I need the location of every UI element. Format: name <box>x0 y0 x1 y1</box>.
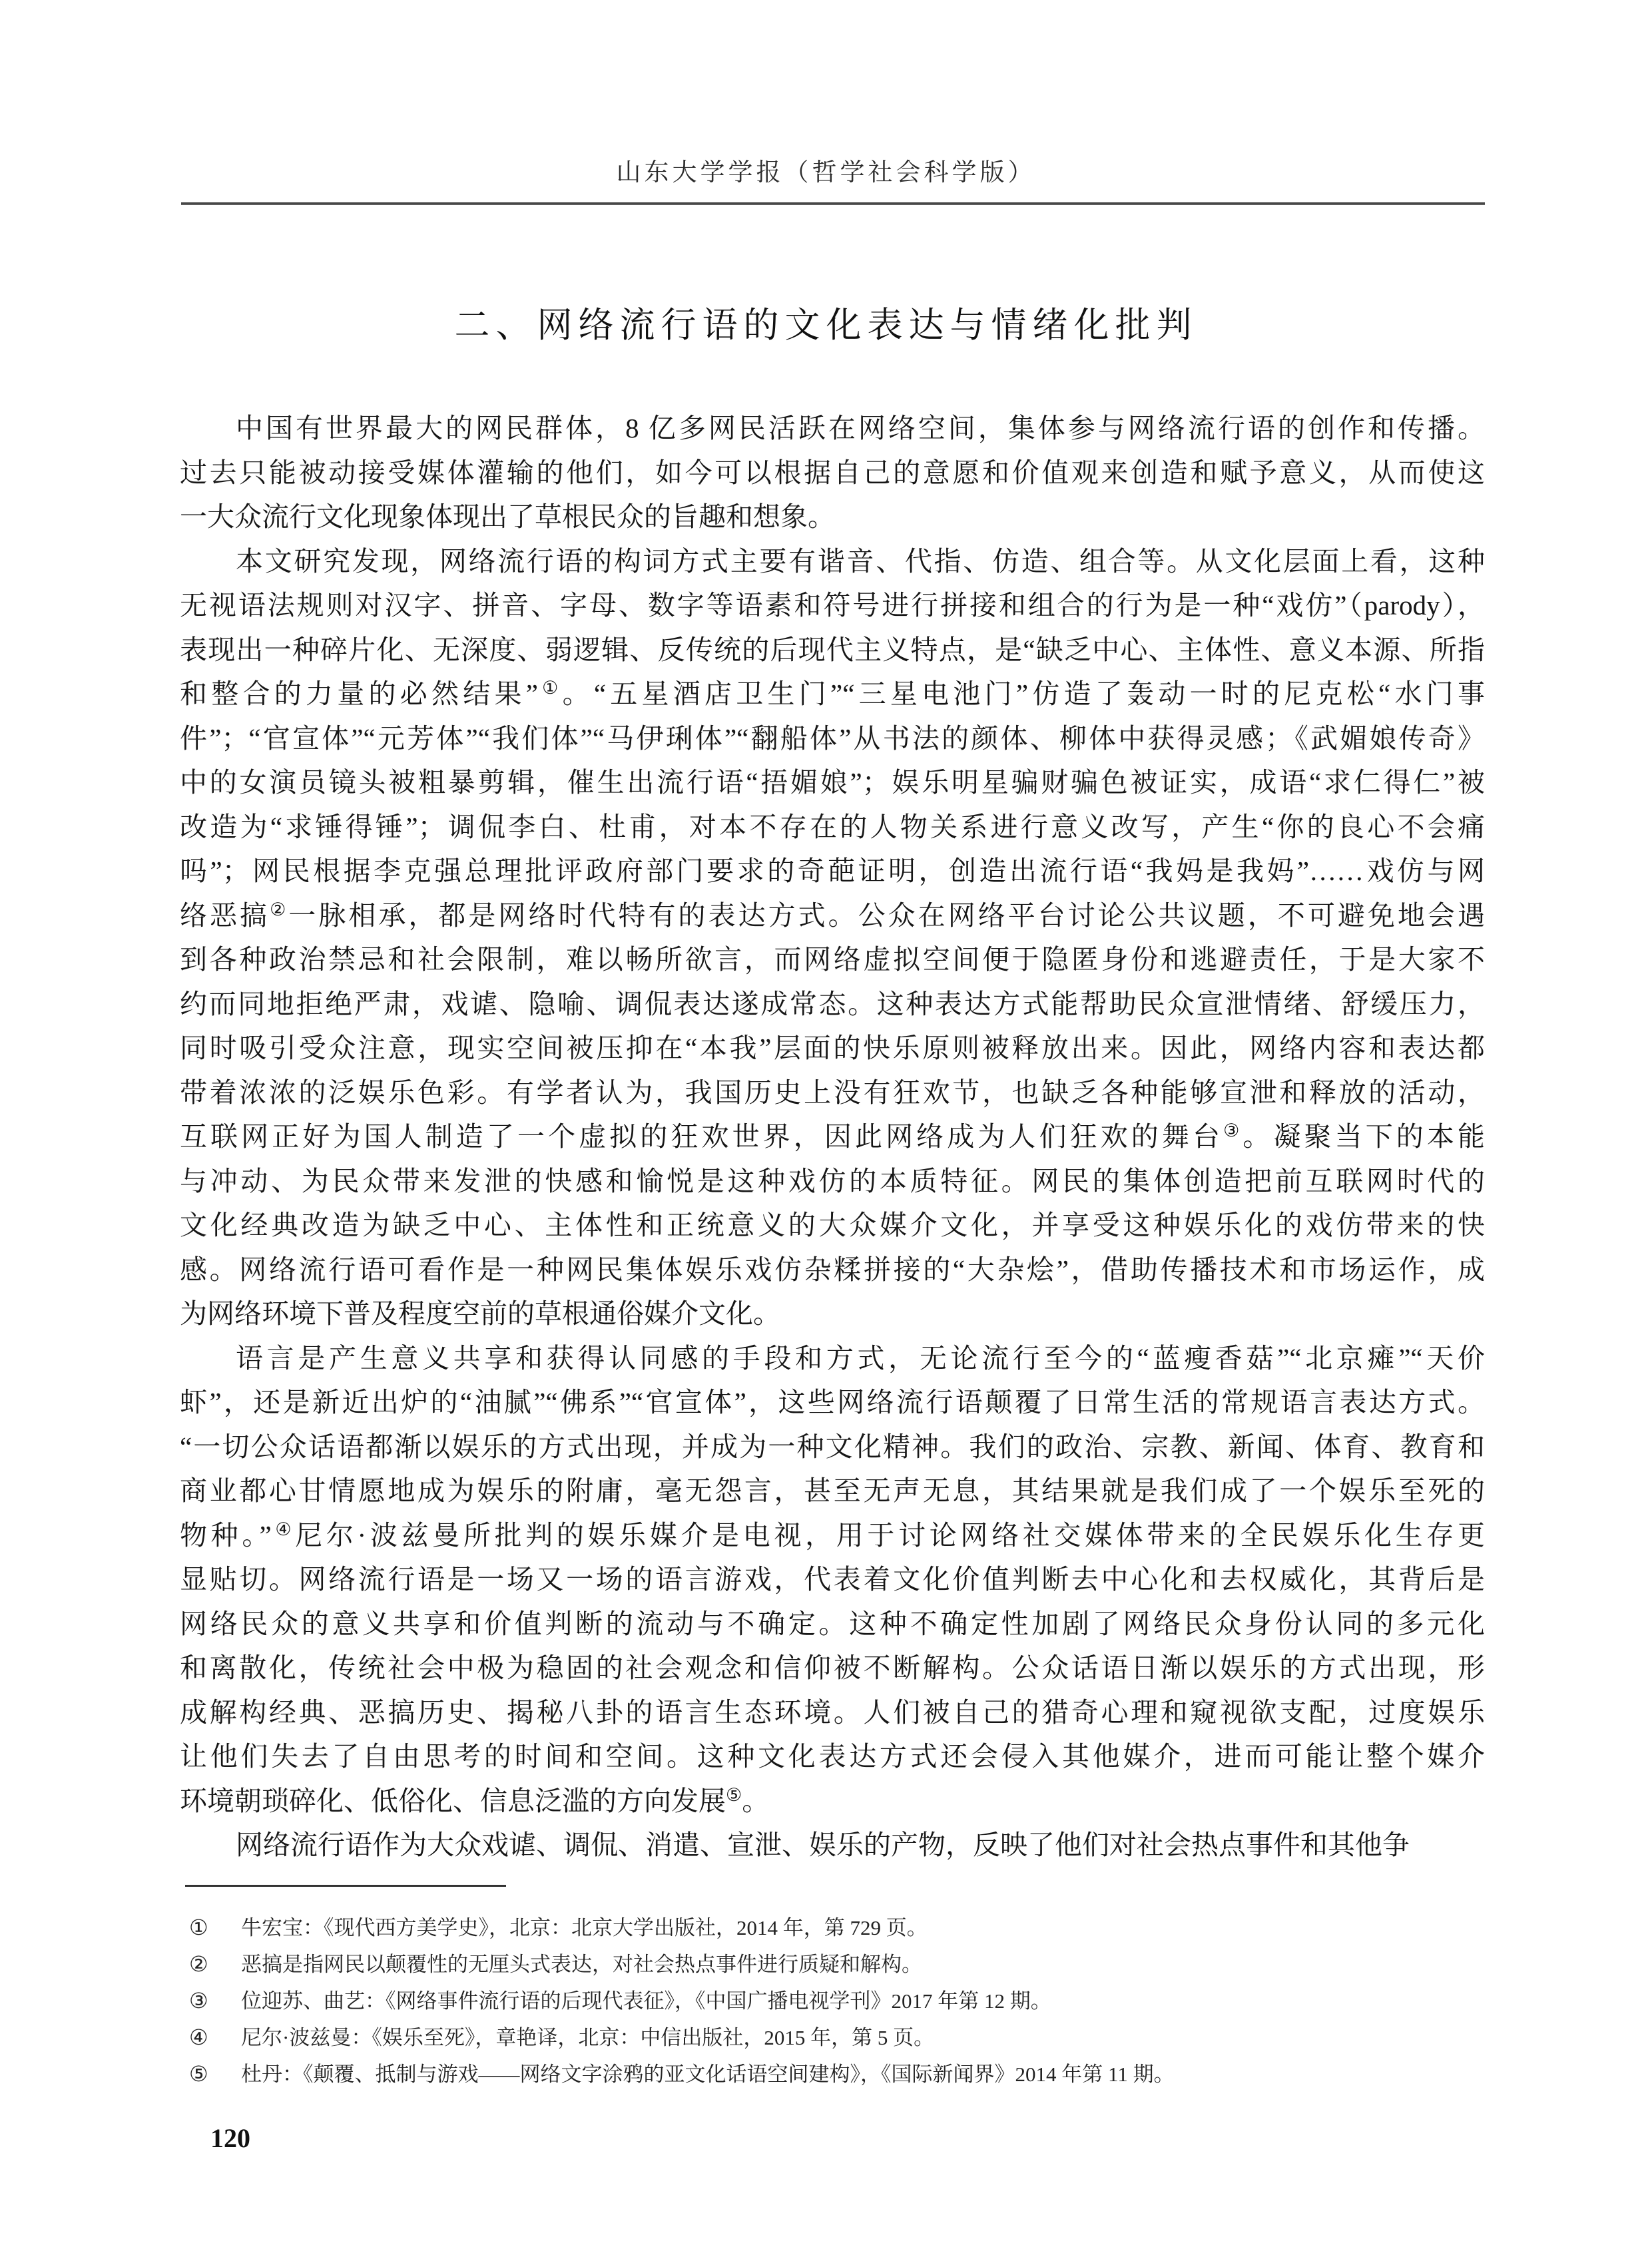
journal-page: 山东大学学报（哲学社会科学版） 二、网络流行语的文化表达与情绪化批判 中国有世界… <box>0 0 1652 2241</box>
body-text-line: 络恶搞②一脉相承，都是网络时代特有的表达方式。公众在网络平台讨论公共议题，不可避… <box>180 893 1485 938</box>
body-text-line: 带着浓浓的泛娱乐色彩。有学者认为，我国历史上没有狂欢节，也缺乏各种能够宣泄和释放… <box>180 1071 1485 1115</box>
body-text-line: 文化经典改造为缺乏中心、主体性和正统意义的大众媒介文化，并享受这种娱乐化的戏仿带… <box>180 1203 1485 1248</box>
footnote-marker: ① <box>189 1909 241 1946</box>
body-text-line: 成解构经典、恶搞历史、揭秘八卦的语言生态环境。人们被自己的猎奇心理和窥视欲支配，… <box>180 1690 1485 1735</box>
body-text-line: 让他们失去了自由思考的时间和空间。这种文化表达方式还会侵入其他媒介，进而可能让整… <box>180 1734 1485 1779</box>
footnote-marker: ③ <box>189 1983 241 2019</box>
body-text-line: 虾”，还是新近出炉的“油腻”“佛系”“官宣体”，这些网络流行语颠覆了日常生活的常… <box>180 1380 1485 1425</box>
footnote-list: ①牛宏宝：《现代西方美学史》，北京：北京大学出版社，2014 年，第 729 页… <box>189 1909 1488 2093</box>
footnote-marker: ② <box>189 1946 241 1983</box>
header-rule <box>181 202 1485 205</box>
body-text-line: 网络流行语作为大众戏谑、调侃、消遣、宣泄、娱乐的产物，反映了他们对社会热点事件和… <box>180 1823 1485 1867</box>
body-text-line: 中国有世界最大的网民群体，8 亿多网民活跃在网络空间，集体参与网络流行语的创作和… <box>180 406 1485 451</box>
body-text-line: 和离散化，传统社会中极为稳固的社会观念和信仰被不断解构。公众话语日渐以娱乐的方式… <box>180 1646 1485 1690</box>
article-body: 中国有世界最大的网民群体，8 亿多网民活跃在网络空间，集体参与网络流行语的创作和… <box>180 406 1485 1867</box>
footnote-marker: ⑤ <box>189 2056 241 2093</box>
body-text-line: 到各种政治禁忌和社会限制，难以畅所欲言，而网络虚拟空间便于隐匿身份和逃避责任，于… <box>180 937 1485 982</box>
body-text-line: 与冲动、为民众带来发泄的快感和愉悦是这种戏仿的本质特征。网民的集体创造把前互联网… <box>180 1159 1485 1204</box>
footnote-item: ④尼尔·波兹曼：《娱乐至死》，章艳译，北京：中信出版社，2015 年，第 5 页… <box>189 2019 1488 2056</box>
body-text-line: 网络民众的意义共享和价值判断的流动与不确定。这种不确定性加剧了网络民众身份认同的… <box>180 1602 1485 1646</box>
body-text-line: 物种。”④尼尔·波兹曼所批判的娱乐媒介是电视，用于讨论网络社交媒体带来的全民娱乐… <box>180 1513 1485 1558</box>
body-text-line: 中的女演员镜头被粗暴剪辑，催生出流行语“捂媚娘”；娱乐明星骗财骗色被证实，成语“… <box>180 760 1485 805</box>
body-text-line: 过去只能被动接受媒体灌输的他们，如今可以根据自己的意愿和价值观来创造和赋予意义，… <box>180 451 1485 495</box>
footnote-ref: ① <box>538 678 563 698</box>
body-text-line: 同时吸引受众注意，现实空间被压抑在“本我”层面的快乐原则被释放出来。因此，网络内… <box>180 1026 1485 1071</box>
body-text-line: “一切公众话语都渐以娱乐的方式出现，并成为一种文化精神。我们的政治、宗教、新闻、… <box>180 1425 1485 1469</box>
body-text-line: 改造为“求锤得锤”；调侃李白、杜甫，对本不存在的人物关系进行意义改写，产生“你的… <box>180 805 1485 850</box>
footnote-item: ③位迎苏、曲艺：《网络事件流行语的后现代表征》，《中国广播电视学刊》2017 年… <box>189 1983 1488 2019</box>
body-text-line: 表现出一种碎片化、无深度、弱逻辑、反传统的后现代主义特点，是“缺乏中心、主体性、… <box>180 628 1485 672</box>
body-text-line: 约而同地拒绝严肃，戏谑、隐喻、调侃表达遂成常态。这种表达方式能帮助民众宣泄情绪、… <box>180 982 1485 1027</box>
footnote-ref: ③ <box>1223 1120 1242 1140</box>
body-text-line: 环境朝琐碎化、低俗化、信息泛滥的方向发展⑤。 <box>180 1779 1485 1824</box>
footnote-text: 尼尔·波兹曼：《娱乐至死》，章艳译，北京：中信出版社，2015 年，第 5 页。 <box>241 2019 1488 2056</box>
journal-header: 山东大学学报（哲学社会科学版） <box>0 152 1652 188</box>
body-text-line: 吗”；网民根据李克强总理批评政府部门要求的奇葩证明，创造出流行语“我妈是我妈”…… <box>180 849 1485 893</box>
footnote-item: ①牛宏宝：《现代西方美学史》，北京：北京大学出版社，2014 年，第 729 页… <box>189 1909 1488 1946</box>
body-text-line: 为网络环境下普及程度空前的草根通俗媒介文化。 <box>180 1292 1485 1336</box>
footnote-item: ②恶搞是指网民以颠覆性的无厘头式表达，对社会热点事件进行质疑和解构。 <box>189 1946 1488 1983</box>
body-text-line: 本文研究发现，网络流行语的构词方式主要有谐音、代指、仿造、组合等。从文化层面上看… <box>180 539 1485 584</box>
footnote-divider <box>185 1885 506 1887</box>
footnote-text: 恶搞是指网民以颠覆性的无厘头式表达，对社会热点事件进行质疑和解构。 <box>241 1946 1488 1983</box>
footnote-text: 杜丹：《颠覆、抵制与游戏——网络文字涂鸦的亚文化话语空间建构》，《国际新闻界》2… <box>241 2056 1488 2093</box>
page-number: 120 <box>210 2122 250 2154</box>
footnote-marker: ④ <box>189 2019 241 2056</box>
body-text-line: 无视语法规则对汉字、拼音、字母、数字等语素和符号进行拼接和组合的行为是一种“戏仿… <box>180 583 1485 628</box>
footnote-ref: ② <box>270 899 288 919</box>
body-text-line: 商业都心甘情愿地成为娱乐的附庸，毫无怨言，甚至无声无息，其结果就是我们成了一个娱… <box>180 1469 1485 1513</box>
body-text-line: 互联网正好为国人制造了一个虚拟的狂欢世界，因此网络成为人们狂欢的舞台③。凝聚当下… <box>180 1115 1485 1159</box>
footnote-ref: ⑤ <box>726 1785 742 1805</box>
footnote-ref: ④ <box>272 1519 296 1539</box>
body-text-line: 显贴切。网络流行语是一场又一场的语言游戏，代表着文化价值判断去中心化和去权威化，… <box>180 1557 1485 1602</box>
footnote-text: 位迎苏、曲艺：《网络事件流行语的后现代表征》，《中国广播电视学刊》2017 年第… <box>241 1983 1488 2019</box>
body-text-line: 件”；“官宣体”“元芳体”“我们体”“马伊琍体”“翻船体”从书法的颜体、柳体中获… <box>180 716 1485 761</box>
body-text-line: 一大众流行文化现象体现出了草根民众的旨趣和想象。 <box>180 495 1485 539</box>
body-text-line: 感。网络流行语可看作是一种网民集体娱乐戏仿杂糅拼接的“大杂烩”，借助传播技术和市… <box>180 1248 1485 1292</box>
body-text-line: 语言是产生意义共享和获得认同感的手段和方式，无论流行至今的“蓝瘦香菇”“北京瘫”… <box>180 1336 1485 1381</box>
footnote-item: ⑤杜丹：《颠覆、抵制与游戏——网络文字涂鸦的亚文化话语空间建构》，《国际新闻界》… <box>189 2056 1488 2093</box>
section-title: 二、网络流行语的文化表达与情绪化批判 <box>0 297 1652 348</box>
footnote-text: 牛宏宝：《现代西方美学史》，北京：北京大学出版社，2014 年，第 729 页。 <box>241 1909 1488 1946</box>
body-text-line: 和整合的力量的必然结果”①。“五星酒店卫生门”“三星电池门”仿造了轰动一时的尼克… <box>180 672 1485 716</box>
